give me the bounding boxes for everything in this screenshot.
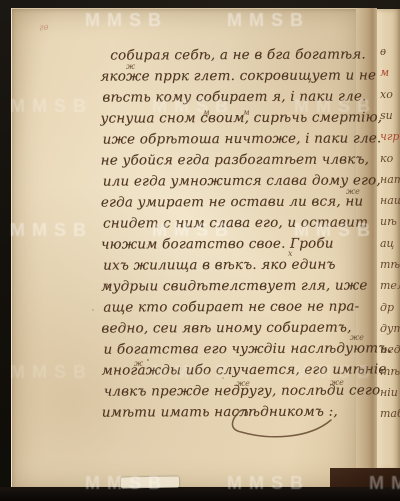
manuscript-line: не убойся егда разбогатѣет члвкъ, [101,151,369,173]
superscript-mark: х [106,281,111,290]
facing-page-fragment: ко [380,152,393,165]
manuscript-line: и богатства его чуждіи наслѣдуютъ. [103,340,371,362]
superscript-mark: м [203,108,210,117]
manuscript-line: якоже пррк глет. сокровищует и не [100,67,368,89]
manuscript-line: мудрыи свидѣтелствует гля, иже [101,277,369,299]
flourish-swash [225,408,350,444]
photo-background: гѳ ѳмхоѕичгрконатонашиѣацтѣ,телодрдутнед… [0,0,400,501]
binding-bottom [0,487,400,501]
manuscript-line: или егда умножится слава дому его, [103,172,371,194]
superscript-mark: же [236,379,250,388]
superscript-mark: же [350,333,364,342]
facing-page-fragment: наш [380,194,400,207]
superscript-mark: х [288,249,293,258]
facing-page-fragment: дут [380,322,400,335]
pencil-mark: гѳ [38,22,49,33]
facing-page-fragment: тѣ, [380,258,400,271]
manuscript-line: уснуша сном своим, сирѣчь смертію, [100,109,368,131]
manuscript-line: егда умирает не остави ли вся, ни [101,193,369,215]
facing-page-fragment: иѣ [380,215,397,228]
facing-page-fragment: таб [380,407,400,420]
manuscript-line: аще кто собирает не свое не пра- [103,298,371,320]
facing-page-fragment: хо [380,88,393,101]
ink-speck [92,309,94,311]
facing-page-fragment: чгр [380,130,399,143]
facing-page-fragment: нато [380,173,400,186]
sticker-label [121,476,179,488]
manuscript-line: снидет с ним слава его, и оставит [103,214,371,236]
facing-page-fragment: др [380,301,394,314]
manuscript-line: вѣсть кому собирает я, і паки гле. [102,88,370,110]
facing-page-fragment: ац [380,237,394,250]
facing-page-fragment: ѳ [380,45,386,58]
superscript-mark: ж [134,359,143,368]
facing-page-fragment: м [380,66,389,79]
manuscript-line: ихъ жилища в вѣкъ. яко единъ [103,256,371,278]
superscript-mark: ж [126,62,135,71]
facing-page-fragment: ніи [380,386,398,399]
manuscript-line: собирая себѣ, а не в бга богатѣя. [110,46,378,68]
superscript-mark: же [346,187,360,196]
manuscript-line: чюжим богатство свое. Гроби [101,235,369,257]
manuscript-line: иже обрѣтоша ничтоже, і паки гле. [103,130,371,152]
manuscript-text: собирая себѣ, а не в бга богатѣя.якоже п… [100,46,370,425]
facing-page-edge: ѳмхоѕичгрконатонашиѣацтѣ,телодрдутнедтѣм… [377,9,400,471]
facing-page-fragment: тело [380,279,400,292]
superscript-mark: м [243,108,250,117]
superscript-mark: же [330,378,344,387]
manuscript-line: ведно, сеи явѣ иному собираетъ, [101,319,369,341]
